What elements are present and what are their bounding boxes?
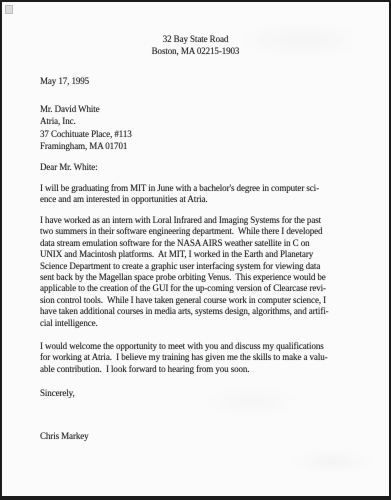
salutation: Dear Mr. White: — [40, 161, 98, 173]
scanned-letter-page: 32 Bay State Road Boston, MA 02215-1903 … — [0, 0, 391, 500]
paragraph-experience: I have worked as an intern with Loral In… — [40, 215, 362, 329]
return-address: 32 Bay State Road Boston, MA 02215-1903 — [2, 33, 389, 57]
paragraph-closing-request: I would welcome the opportunity to meet … — [40, 341, 362, 375]
signature-name: Chris Markey — [40, 430, 89, 442]
closing: Sincerely, — [40, 387, 75, 399]
recipient-address: Mr. David White Atria, Inc. 37 Cochituat… — [40, 103, 132, 152]
paragraph-intro: I will be graduating from MIT in June wi… — [40, 183, 362, 206]
date-line: May 17, 1995 — [40, 75, 89, 87]
scan-artifact-corner — [5, 5, 13, 14]
